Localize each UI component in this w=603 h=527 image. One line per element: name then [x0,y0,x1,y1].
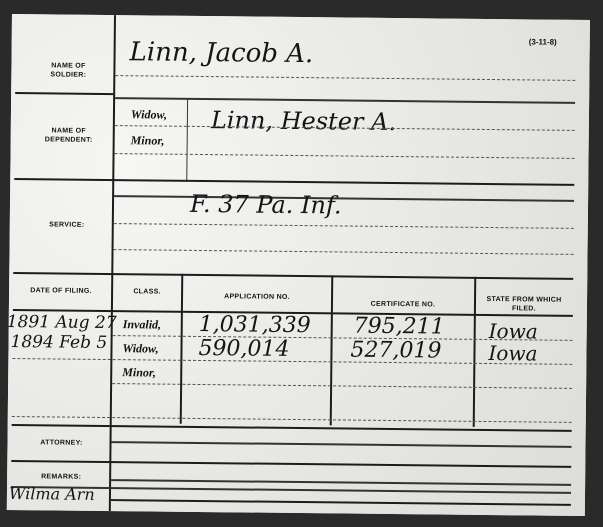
certificate-no-1: 795,211 [354,314,445,340]
label-name-of-dependent: NAME OF DEPENDENT: [31,126,107,145]
section-divider [11,460,571,468]
label-attorney: ATTORNEY: [21,438,101,448]
form-code: (3-11-8) [529,37,557,46]
label-name-of-soldier: NAME OF SOLDIER: [33,61,103,80]
section-divider [11,486,571,494]
state-2: Iowa [488,341,537,366]
label-column-divider [109,15,116,511]
section-divider [14,178,574,186]
label-minor: Minor, [131,133,165,148]
section-divider [115,97,575,104]
soldier-name: Linn, Jacob A. [129,37,313,69]
widow-name: Linn, Hester A. [211,106,396,136]
filing-date-2: 1894 Feb 5 [10,332,107,353]
filing-date-1: 1891 Aug 27 [7,312,117,333]
header-application-no: APPLICATION NO. [185,292,329,303]
section-divider [12,424,572,432]
header-class: CLASS. [115,287,179,297]
service-entry: F. 37 Pa. Inf. [190,190,342,220]
label-widow: Widow, [131,107,167,122]
section-divider [15,92,113,95]
header-certificate-no: CERTIFICATE NO. [335,299,471,309]
label-service: SERVICE: [32,220,102,230]
col-divider [473,277,477,427]
col-divider [330,275,334,425]
bottom-rule [111,499,571,506]
rule [114,195,574,202]
rule [112,441,572,448]
rule [115,75,575,81]
rule [12,416,572,423]
col-divider [180,274,184,424]
application-no-1: 1,031,339 [199,312,311,338]
certificate-no-2: 527,019 [350,338,441,364]
section-divider [13,272,573,280]
rule [111,479,571,486]
class-1: Invalid, [123,317,161,332]
rule [114,249,574,255]
rule [114,223,574,229]
rule [115,153,575,159]
class-2: Widow, [122,341,158,356]
header-state-from-which-filed: STATE FROM WHICH FILED. [479,295,569,314]
class-3: Minor, [122,365,156,380]
footer-handwritten-note: Wilma Arn [9,484,95,504]
label-remarks: REMARKS: [21,472,101,482]
rule [115,125,187,127]
pension-index-card: (3-11-8) NAME OF SOLDIER: Linn, Jacob A.… [7,14,590,516]
header-date-of-filing: DATE OF FILING. [15,286,107,296]
application-no-2: 590,014 [198,336,289,362]
dependent-subdivider [186,99,188,181]
